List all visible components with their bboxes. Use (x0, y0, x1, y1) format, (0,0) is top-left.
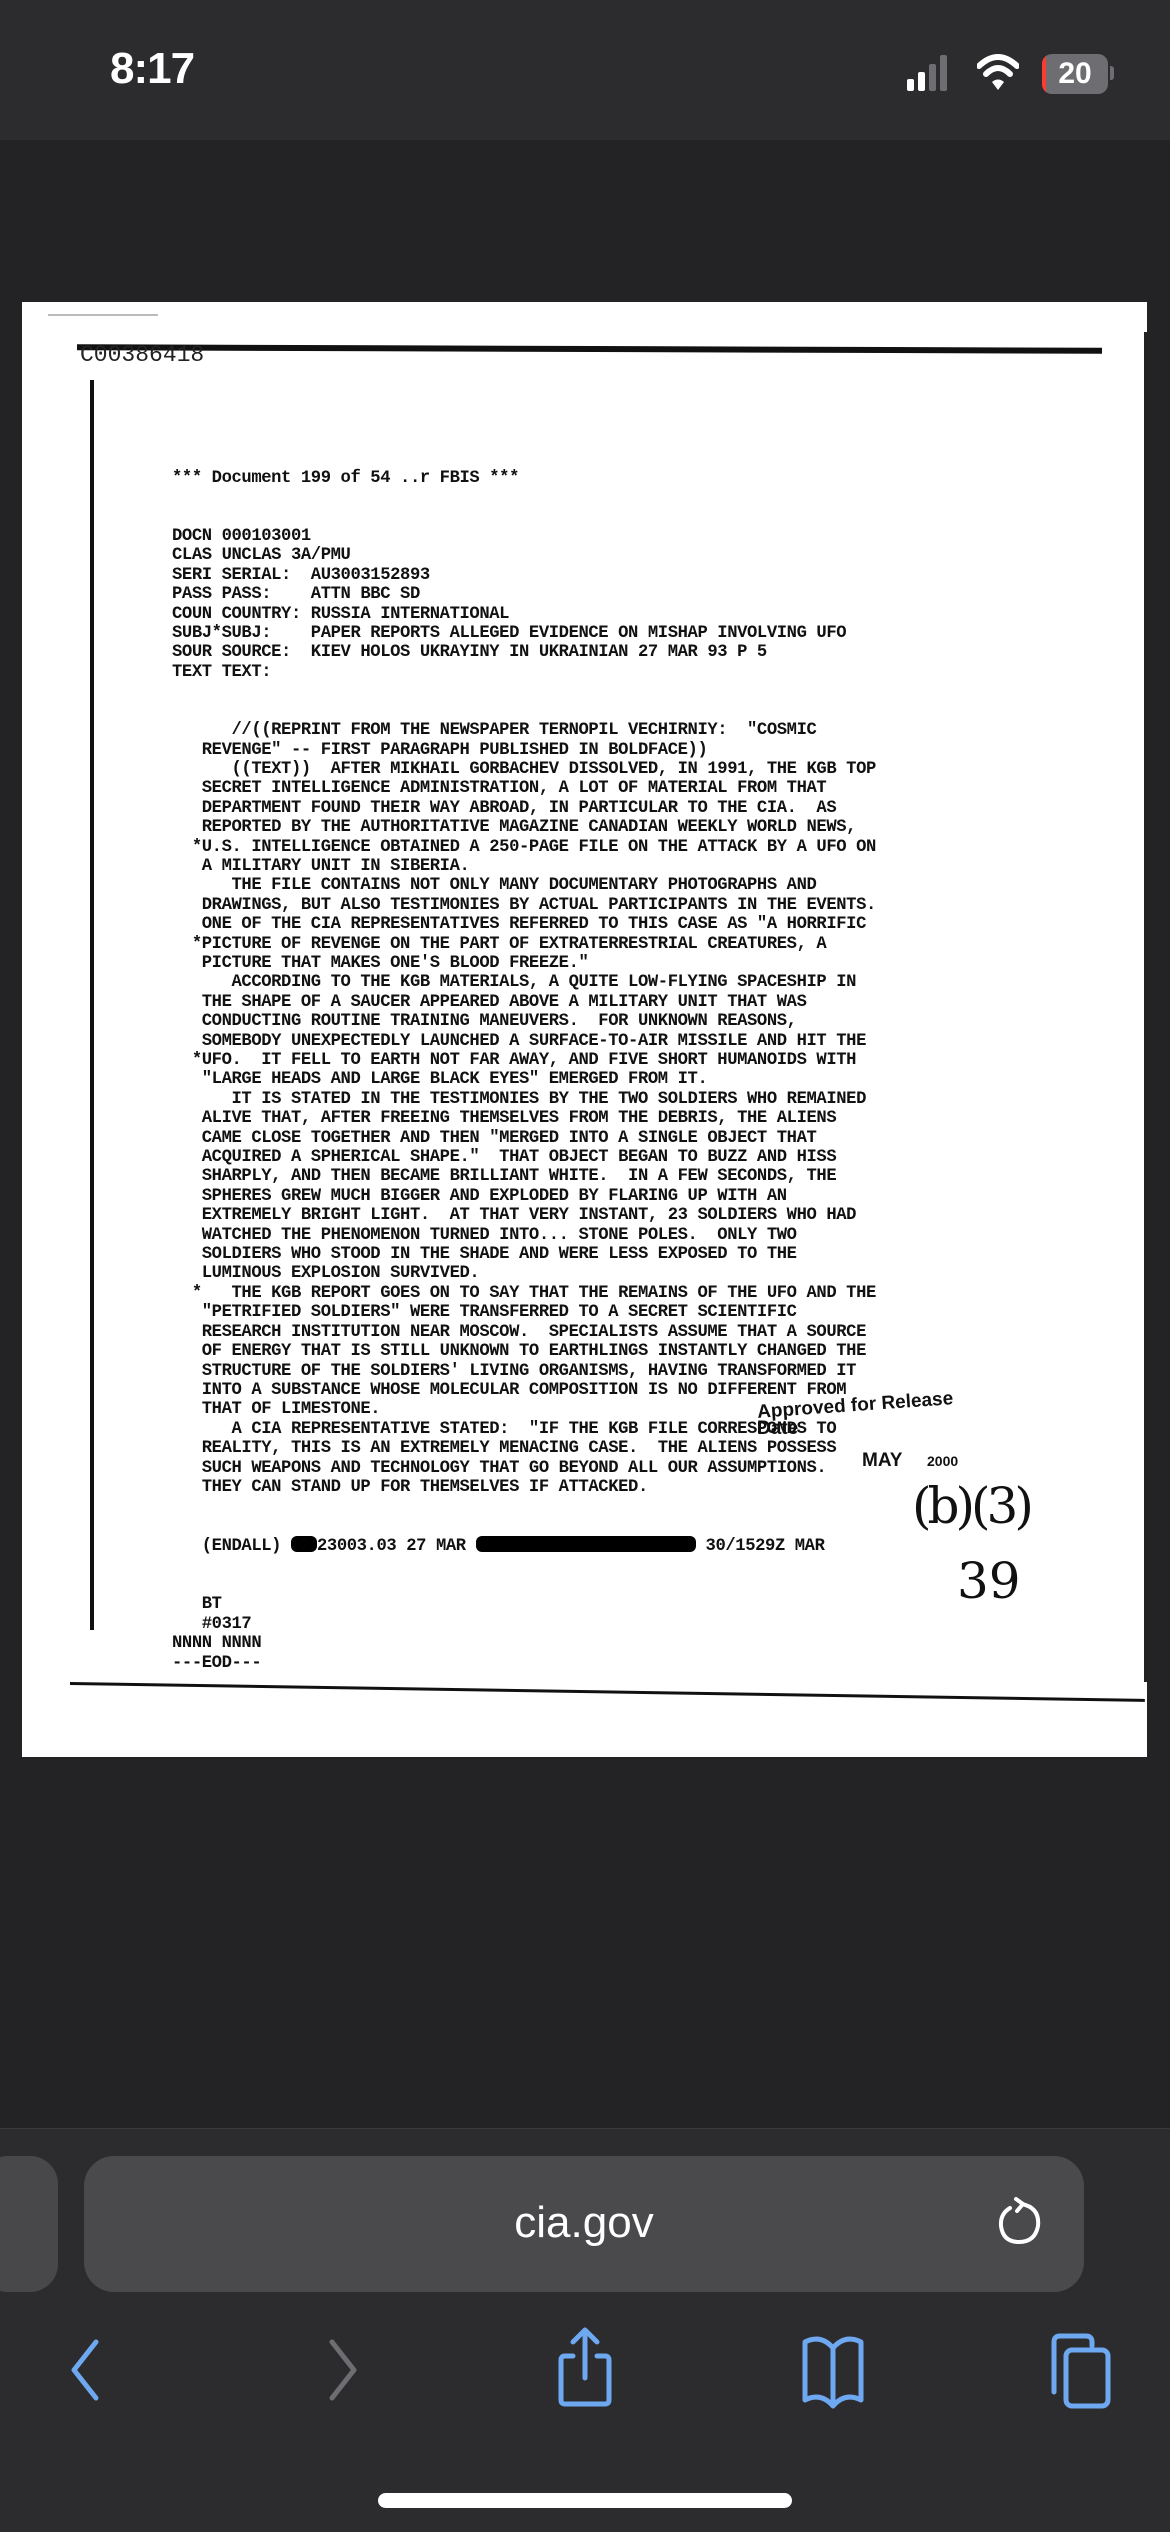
scan-artifact-line (48, 314, 158, 316)
document-text-line: ALIVE THAT, AFTER FREEING THEMSELVES FRO… (172, 1109, 1072, 1128)
document-field: DOCN 000103001 (172, 527, 1072, 546)
address-text[interactable]: cia.gov (84, 2198, 1084, 2248)
document-text-line: CAME CLOSE TOGETHER AND THEN "MERGED INT… (172, 1129, 1072, 1148)
document-text-line: RESEARCH INSTITUTION NEAR MOSCOW. SPECIA… (172, 1323, 1072, 1342)
document-trailer-line: NNNN NNNN (172, 1634, 1072, 1653)
document-trailer-line: BT (172, 1595, 1072, 1614)
document-field: SUBJ*SUBJ: PAPER REPORTS ALLEGED EVIDENC… (172, 624, 1072, 643)
document-text-line: ACCORDING TO THE KGB MATERIALS, A QUITE … (172, 973, 1072, 992)
document-text-line: * THE KGB REPORT GOES ON TO SAY THAT THE… (172, 1284, 1072, 1303)
browser-toolbar: cia.gov (0, 2128, 1170, 2532)
document-text-line: SOMEBODY UNEXPECTEDLY LAUNCHED A SURFACE… (172, 1032, 1072, 1051)
forward-button[interactable] (302, 2324, 382, 2414)
tabs-button[interactable] (1040, 2324, 1120, 2414)
document-text-line: REVENGE" -- FIRST PARAGRAPH PUBLISHED IN… (172, 741, 1072, 760)
reload-icon[interactable] (992, 2196, 1046, 2250)
wifi-icon (977, 52, 1019, 92)
page-frame-top (77, 344, 1102, 354)
page-frame-left (90, 380, 94, 1630)
document-page: C00386418 *** Document 199 of 54 ..r FBI… (22, 302, 1147, 1757)
document-text-line: DEPARTMENT FOUND THEIR WAY ABROAD, IN PA… (172, 799, 1072, 818)
document-text-line: SOLDIERS WHO STOOD IN THE SHADE AND WERE… (172, 1245, 1072, 1264)
address-bar[interactable]: cia.gov (84, 2156, 1084, 2292)
document-field: COUN COUNTRY: RUSSIA INTERNATIONAL (172, 605, 1072, 624)
release-month: MAY (862, 1450, 902, 1472)
document-trailer: BT #0317NNNN NNNN---EOD--- (172, 1595, 1072, 1673)
document-text-line: SHARPLY, AND THEN BECAME BRILLIANT WHITE… (172, 1167, 1072, 1186)
document-text-line: *PICTURE OF REVENGE ON THE PART OF EXTRA… (172, 935, 1072, 954)
document-text-line: EXTREMELY BRIGHT LIGHT. AT THAT VERY INS… (172, 1206, 1072, 1225)
cellular-signal-icon (907, 55, 947, 91)
document-text-line: //((REPRINT FROM THE NEWSPAPER TERNOPIL … (172, 721, 1072, 740)
document-text-line: A MILITARY UNIT IN SIBERIA. (172, 857, 1072, 876)
document-text-line: THE SHAPE OF A SAUCER APPEARED ABOVE A M… (172, 993, 1072, 1012)
document-fields: DOCN 000103001CLAS UNCLAS 3A/PMUSERI SER… (172, 527, 1072, 682)
document-text-line: ACQUIRED A SPHERICAL SHAPE." THAT OBJECT… (172, 1148, 1072, 1167)
document-field: PASS PASS: ATTN BBC SD (172, 585, 1072, 604)
release-year: 2000 (927, 1453, 958, 1469)
endall-line: (ENDALL) 23003.03 27 MAR 30/1529Z MAR (172, 1536, 1072, 1556)
document-id: C00386418 (80, 342, 204, 368)
document-text-line: DRAWINGS, BUT ALSO TESTIMONIES BY ACTUAL… (172, 896, 1072, 915)
battery-nub (1110, 66, 1114, 80)
document-field: CLAS UNCLAS 3A/PMU (172, 546, 1072, 565)
page-frame-right (1144, 332, 1147, 1682)
document-text-line: *U.S. INTELLIGENCE OBTAINED A 250-PAGE F… (172, 838, 1072, 857)
previous-tab-preview[interactable] (0, 2156, 58, 2292)
document-viewer[interactable]: C00386418 *** Document 199 of 54 ..r FBI… (0, 140, 1170, 2130)
document-text-line: STRUCTURE OF THE SOLDIERS' LIVING ORGANI… (172, 1362, 1072, 1381)
document-text-line: OF ENERGY THAT IS STILL UNKNOWN TO EARTH… (172, 1342, 1072, 1361)
document-text-line: "PETRIFIED SOLDIERS" WERE TRANSFERRED TO… (172, 1303, 1072, 1322)
document-trailer-line: ---EOD--- (172, 1654, 1072, 1673)
document-text-line: LUMINOUS EXPLOSION SURVIVED. (172, 1264, 1072, 1283)
document-text: //((REPRINT FROM THE NEWSPAPER TERNOPIL … (172, 721, 1072, 1497)
redaction-block (476, 1536, 696, 1552)
document-text-line: THE FILE CONTAINS NOT ONLY MANY DOCUMENT… (172, 876, 1072, 895)
battery-icon: 20 (1042, 54, 1108, 94)
handwritten-page-number: 39 (957, 1552, 1021, 1610)
document-text-line: *UFO. IT FELL TO EARTH NOT FAR AWAY, AND… (172, 1051, 1072, 1070)
status-bar: 8:17 20 (0, 0, 1170, 140)
battery-percent: 20 (1042, 57, 1108, 91)
document-text-line: ONE OF THE CIA REPRESENTATIVES REFERRED … (172, 915, 1072, 934)
document-field: SOUR SOURCE: KIEV HOLOS UKRAYINY IN UKRA… (172, 643, 1072, 662)
share-button[interactable] (545, 2324, 625, 2414)
document-field: SERI SERIAL: AU3003152893 (172, 566, 1072, 585)
document-text-line: SECRET INTELLIGENCE ADMINISTRATION, A LO… (172, 779, 1072, 798)
bookmarks-button[interactable] (793, 2324, 873, 2414)
back-button[interactable] (48, 2324, 128, 2414)
document-text-line: PICTURE THAT MAKES ONE'S BLOOD FREEZE." (172, 954, 1072, 973)
document-field: TEXT TEXT: (172, 663, 1072, 682)
document-text-line: "LARGE HEADS AND LARGE BLACK EYES" EMERG… (172, 1070, 1072, 1089)
document-text-line: ((TEXT)) AFTER MIKHAIL GORBACHEV DISSOLV… (172, 760, 1072, 779)
document-text-line: IT IS STATED IN THE TESTIMONIES BY THE T… (172, 1090, 1072, 1109)
document-text-line: WATCHED THE PHENOMENON TURNED INTO... ST… (172, 1226, 1072, 1245)
document-text-line: A CIA REPRESENTATIVE STATED: "IF THE KGB… (172, 1420, 1072, 1439)
document-trailer-line: #0317 (172, 1615, 1072, 1634)
release-date-label: Date (757, 1418, 798, 1440)
document-text-line: SPHERES GREW MUCH BIGGER AND EXPLODED BY… (172, 1187, 1072, 1206)
home-indicator[interactable] (378, 2493, 792, 2508)
document-text-line: CONDUCTING ROUTINE TRAINING MANEUVERS. F… (172, 1012, 1072, 1031)
handwritten-exemption-code: (b)(3) (912, 1477, 1030, 1535)
document-text-line: REPORTED BY THE AUTHORITATIVE MAGAZINE C… (172, 818, 1072, 837)
redaction-block (291, 1536, 317, 1552)
status-time: 8:17 (110, 44, 194, 94)
document-header-line: *** Document 199 of 54 ..r FBIS *** (172, 469, 1072, 488)
